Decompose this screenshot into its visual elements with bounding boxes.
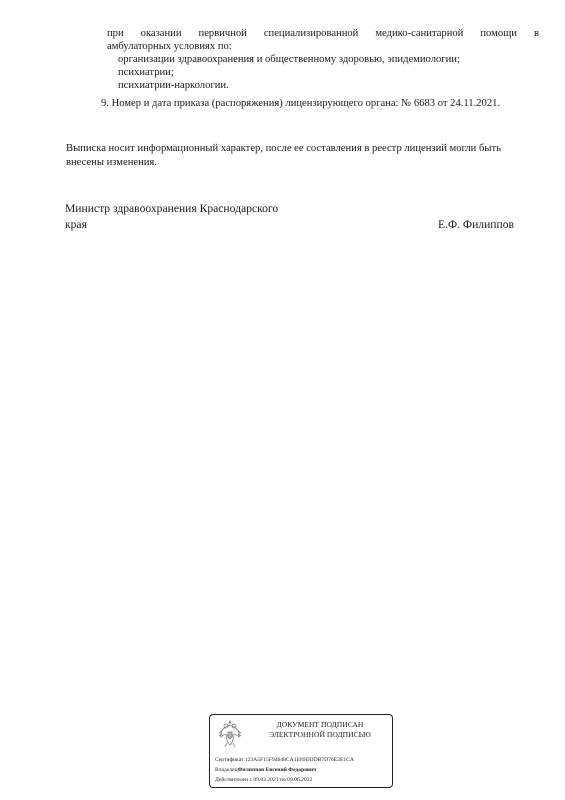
validity-row: Действителен с 09.03.2021 по 09.06.2022 bbox=[215, 776, 312, 784]
certificate-label: Сертификат bbox=[215, 757, 243, 763]
word: первичной bbox=[199, 27, 247, 40]
owner-value: Филиппов Евгений Федорович bbox=[238, 767, 317, 773]
signer-position: Министр здравоохранения Краснодарского bbox=[65, 202, 278, 216]
word: помощи bbox=[480, 27, 517, 40]
word: оказании bbox=[141, 27, 182, 40]
word: в bbox=[534, 27, 539, 40]
word: специализированной bbox=[264, 27, 358, 40]
stamp-title: ДОКУМЕНТ ПОДПИСАН ЭЛЕКТРОННОЙ ПОДПИСЬЮ bbox=[250, 720, 390, 740]
signer-name: Е.Ф. Филиппов bbox=[438, 218, 514, 232]
coat-of-arms-icon bbox=[218, 719, 242, 749]
service-item: психиатрии-наркологии. bbox=[118, 79, 229, 92]
service-item: организации здравоохранения и общественн… bbox=[118, 53, 460, 66]
paragraph-intro-line: при оказании первичной специализированно… bbox=[107, 27, 539, 40]
certificate-value: 123A5F15F94648CA1E89DDDB7D76E2E1CA bbox=[245, 757, 354, 763]
stamp-title-line: ДОКУМЕНТ ПОДПИСАН bbox=[250, 720, 390, 730]
word: медико-санитарной bbox=[375, 27, 463, 40]
certificate-row: Сертификат 123A5F15F94648CA1E89DDDB7D76E… bbox=[215, 756, 354, 764]
order-number-item: 9. Номер и дата приказа (распоряжения) л… bbox=[101, 97, 500, 110]
electronic-signature-stamp: ДОКУМЕНТ ПОДПИСАН ЭЛЕКТРОННОЙ ПОДПИСЬЮ С… bbox=[209, 714, 393, 788]
word: при bbox=[107, 27, 124, 40]
disclaimer-line: внесены изменения. bbox=[66, 156, 157, 169]
signer-position-cont: края bbox=[65, 218, 87, 232]
owner-row: ВладелецФилиппов Евгений Федорович bbox=[215, 766, 316, 774]
owner-label: Владелец bbox=[215, 767, 238, 773]
paragraph-intro-continuation: амбулаторных условиях по: bbox=[107, 40, 232, 53]
stamp-title-line: ЭЛЕКТРОННОЙ ПОДПИСЬЮ bbox=[250, 730, 390, 740]
service-item: психиатрии; bbox=[118, 66, 174, 79]
disclaimer-line: Выписка носит информационный характер, п… bbox=[66, 142, 501, 155]
